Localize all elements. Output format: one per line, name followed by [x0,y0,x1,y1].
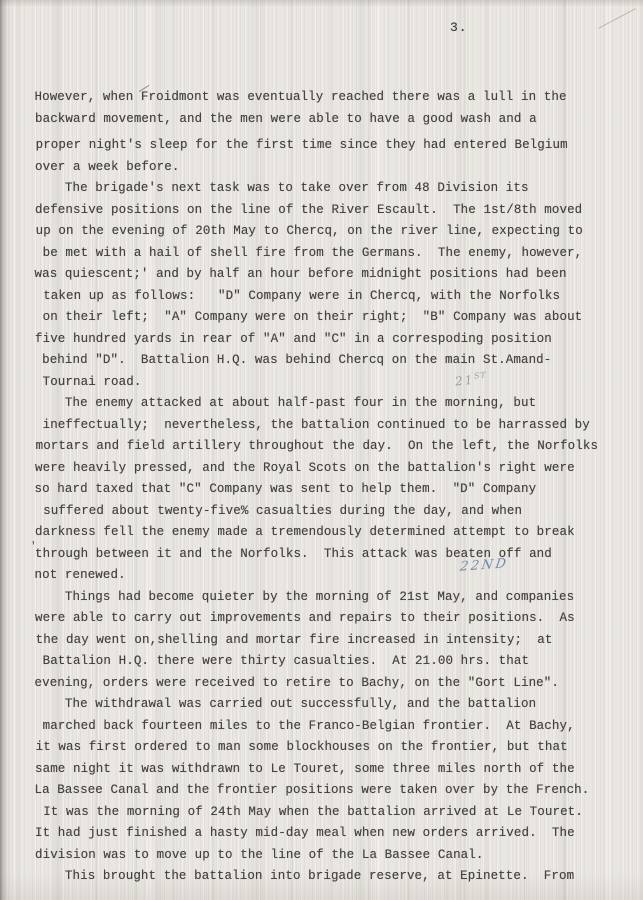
text-line: This brought the battalion into brigade … [35,866,623,888]
text-line: taken up as follows: "D" Company were in… [36,286,624,308]
text-line: Tournai road. [35,372,623,394]
text-line: the day went on,shelling and mortar fire… [36,630,624,652]
text-line: Battalion H.Q. there were thirty casualt… [35,651,623,673]
fold-crease-mark [598,8,636,29]
page-number: 3. [450,20,468,35]
text-line: division was to move up to the line of t… [35,845,623,867]
text-line: it was first ordered to man some blockho… [36,737,624,759]
text-line: were able to carry out improvements and … [35,608,623,630]
document-body: However, when Froidmont was eventually r… [35,87,623,888]
paragraph: However, when Froidmont was eventually r… [35,87,623,178]
text-line: be met with a hail of shell fire from th… [35,243,623,265]
text-line: It had just finished a hasty mid-day mea… [35,823,623,845]
text-line: evening, orders were received to retire … [35,673,623,695]
paragraph: The withdrawal was carried out successfu… [35,694,623,866]
text-line: were heavily pressed, and the Royal Scot… [35,458,623,480]
text-line: The enemy attacked at about half-past fo… [35,393,623,415]
text-line: not renewed. [35,565,623,587]
scanned-document-page: 3. However, when Froidmont was eventuall… [0,0,643,900]
text-line: same night it was withdrawn to Le Touret… [35,759,623,781]
text-line: proper night's sleep for the first time … [36,135,624,157]
text-line: defensive positions on the line of the R… [35,200,623,222]
text-line: through between it and the Norfolks. Thi… [35,544,623,566]
paragraph: The enemy attacked at about half-past fo… [35,393,623,587]
text-line: on their left; "A" Company were on their… [35,307,623,329]
text-line: darkness fell the enemy made a tremendou… [35,522,623,544]
text-line: so hard taxed that "C" Company was sent … [35,479,623,501]
paragraph: The brigade's next task was to take over… [35,178,623,393]
paragraph: Things had become quieter by the morning… [35,587,623,695]
stray-typewriter-mark: ' [30,541,37,553]
text-line: behind "D". Battalion H.Q. was behind Ch… [35,350,623,372]
text-line: up on the evening of 20th May to Chercq,… [36,221,624,243]
text-line: The brigade's next task was to take over… [35,178,623,200]
text-line: suffered about twenty-five% casualties d… [36,501,624,523]
text-line: ineffectually; nevertheless, the battali… [35,415,623,437]
text-line: La Bassee Canal and the frontier positio… [35,780,623,802]
annotation-21st-ordinal: ST [473,370,487,380]
text-line: However, when Froidmont was eventually r… [35,87,623,109]
text-line: Things had become quieter by the morning… [35,587,623,609]
paragraph: This brought the battalion into brigade … [35,866,623,888]
text-line: was quiescent;' and by half an hour befo… [35,264,623,286]
text-line: five hundred yards in rear of "A" and "C… [35,329,623,351]
text-line: over a week before. [35,157,623,179]
text-line: The withdrawal was carried out successfu… [35,694,623,716]
text-line: mortars and field artillery throughout t… [36,436,624,458]
text-line: It was the morning of 24th May when the … [36,802,624,824]
text-line: backward movement, and the men were able… [35,109,623,131]
annotation-21st-number: 21 [454,373,475,389]
text-line: marched back fourteen miles to the Franc… [35,716,623,738]
